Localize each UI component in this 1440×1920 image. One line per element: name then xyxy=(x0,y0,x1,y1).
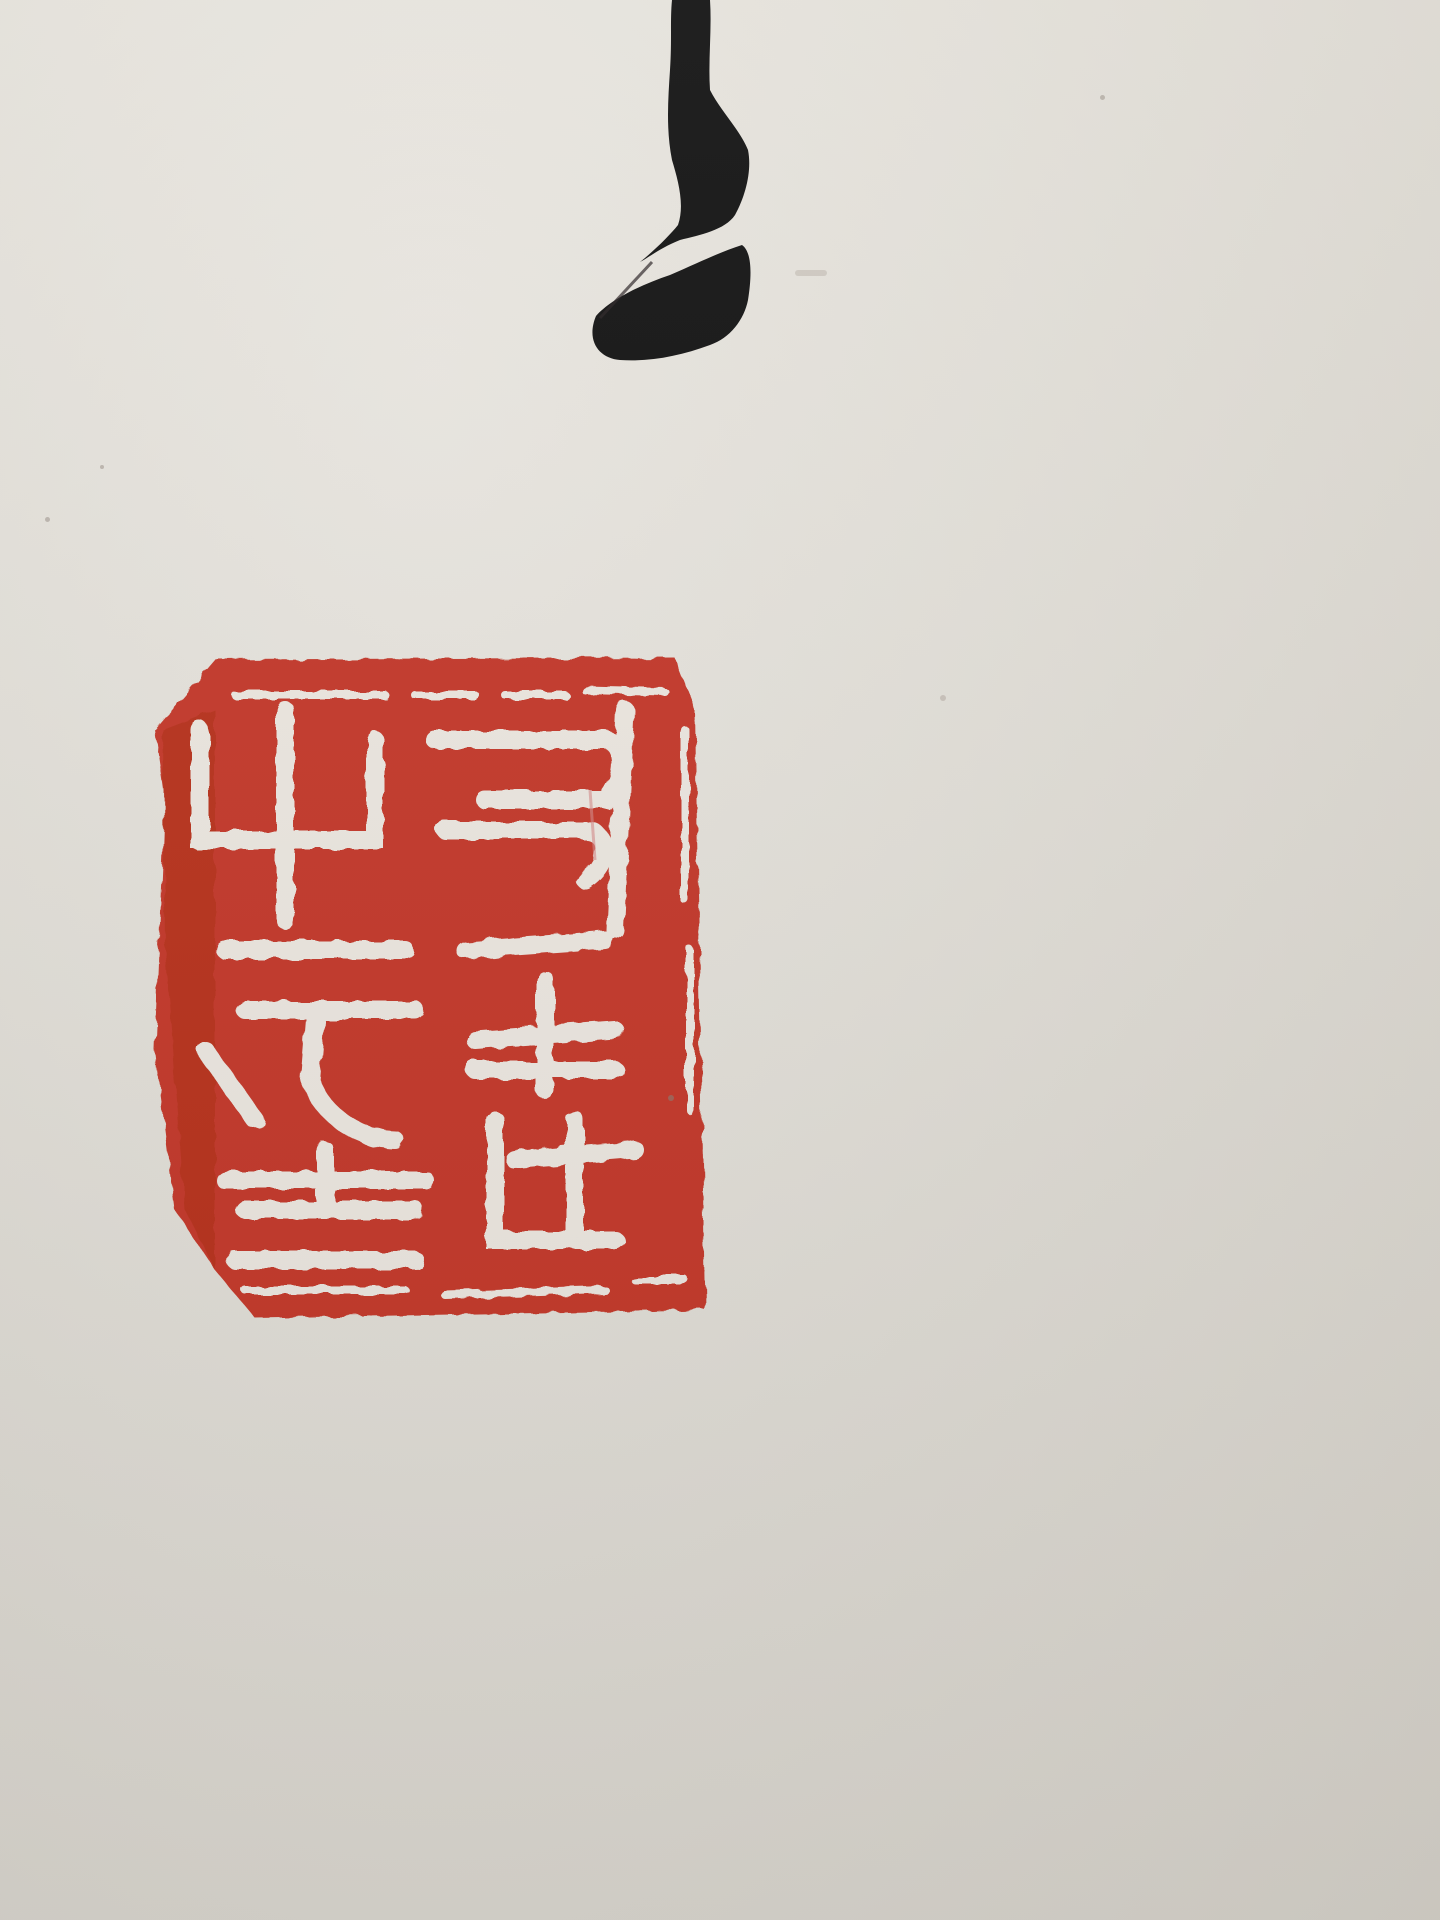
paper-speck xyxy=(668,1095,674,1101)
red-seal-stamp xyxy=(145,650,845,1330)
ink-brush-stroke xyxy=(560,0,760,380)
paper-background: Photograph of calligraphy paper with a b… xyxy=(0,0,1440,1920)
paper-speck xyxy=(795,270,827,276)
paper-speck xyxy=(940,695,946,701)
paper-speck xyxy=(100,465,104,469)
paper-speck xyxy=(45,517,50,522)
paper-speck xyxy=(1100,95,1105,100)
